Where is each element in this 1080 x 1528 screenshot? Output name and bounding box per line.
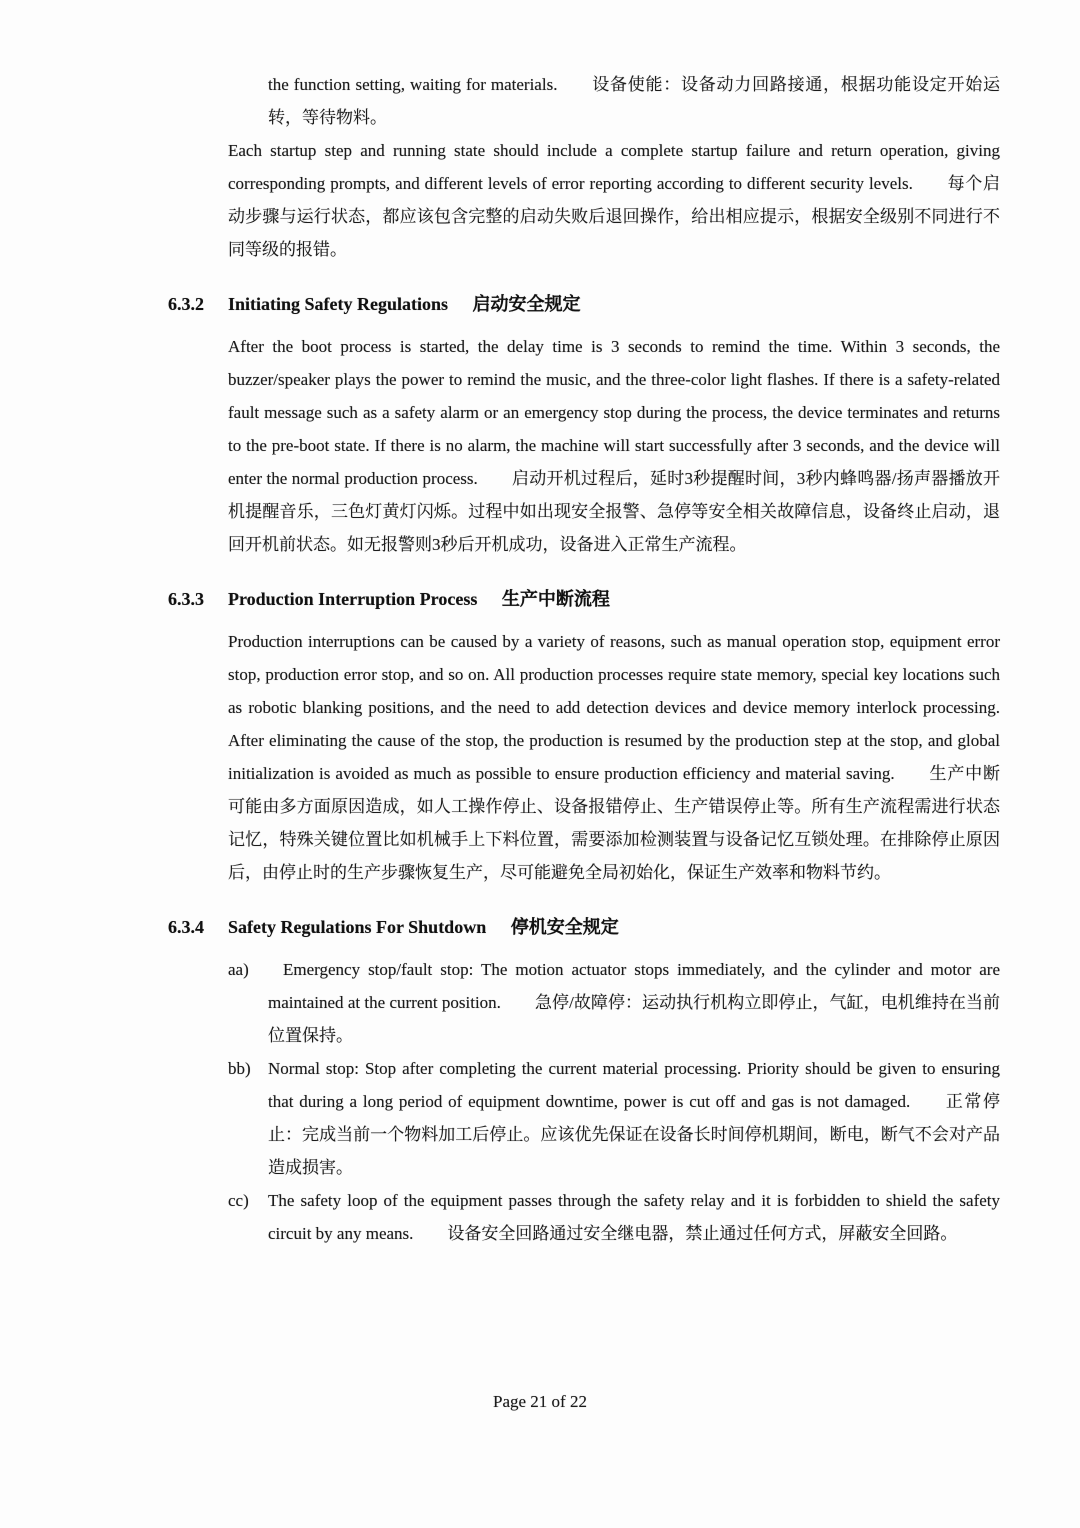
shutdown-rules-list: aa) Emergency stop/fault stop: The motio… xyxy=(228,953,1000,1250)
section-6-3-2-body: After the boot process is started, the d… xyxy=(228,330,1000,561)
section-heading-6-3-3: 6.3.3 Production Interruption Process 生产… xyxy=(228,585,1000,613)
section-heading-6-3-2: 6.3.2 Initiating Safety Regulations 启动安全… xyxy=(228,290,1000,318)
section-title-zh: 生产中断流程 xyxy=(502,589,610,609)
list-item-aa: aa) Emergency stop/fault stop: The motio… xyxy=(228,953,1000,1052)
list-item-label: bb) xyxy=(228,1052,251,1085)
page-footer: Page 21 of 22 xyxy=(0,1390,1080,1414)
section-title-en: Production Interruption Process xyxy=(228,589,477,609)
section-title-zh: 停机安全规定 xyxy=(511,917,619,937)
section-number: 6.3.3 xyxy=(168,585,204,613)
section-heading-6-3-4: 6.3.4 Safety Regulations For Shutdown 停机… xyxy=(228,913,1000,941)
intro-continuation-paragraph: the function setting, waiting for materi… xyxy=(228,68,1000,134)
document-page: the function setting, waiting for materi… xyxy=(0,0,1080,1528)
section-title-en: Initiating Safety Regulations xyxy=(228,294,448,314)
list-item-text: Normal stop: Stop after completing the c… xyxy=(268,1052,1000,1184)
list-item-bb: bb) Normal stop: Stop after completing t… xyxy=(228,1052,1000,1184)
section-title-zh: 启动安全规定 xyxy=(473,294,581,314)
section-number: 6.3.2 xyxy=(168,290,204,318)
document-content: the function setting, waiting for materi… xyxy=(228,0,1000,1250)
list-item-text: The safety loop of the equipment passes … xyxy=(268,1184,1000,1250)
intro-paragraph: Each startup step and running state shou… xyxy=(228,134,1000,266)
list-item-cc: cc) The safety loop of the equipment pas… xyxy=(228,1184,1000,1250)
list-item-label: cc) xyxy=(228,1184,249,1217)
section-title-en: Safety Regulations For Shutdown xyxy=(228,917,486,937)
list-item-text: Emergency stop/fault stop: The motion ac… xyxy=(268,953,1000,1052)
section-number: 6.3.4 xyxy=(168,913,204,941)
section-6-3-3-body: Production interruptions can be caused b… xyxy=(228,625,1000,889)
list-item-label: aa) xyxy=(228,953,249,986)
